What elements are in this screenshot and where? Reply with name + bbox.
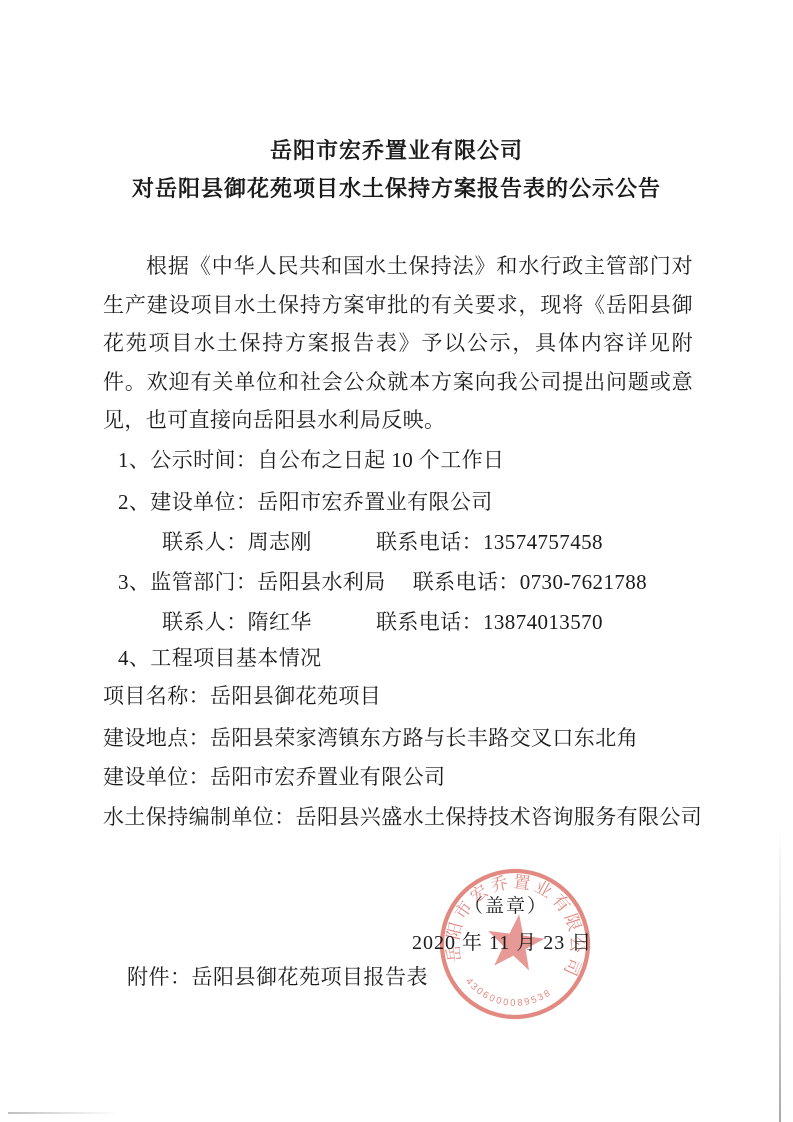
scanned-announcement-page: 岳阳市宏乔置业有限公司 对岳阳县御花苑项目水土保持方案报告表的公示公告 根据《中… <box>0 0 793 1122</box>
scan-edge-artifact-right <box>779 828 781 1122</box>
scan-edge-artifact-bottom <box>8 1112 118 1114</box>
doc-title-company: 岳阳市宏乔置业有限公司 <box>0 134 793 165</box>
line-builder-name: 建设单位：岳阳市宏乔置业有限公司 <box>103 765 445 790</box>
line-swc-compiler: 水土保持编制单位：岳阳县兴盛水土保持技术咨询服务有限公司 <box>103 805 702 830</box>
line-construction-unit: 2、建设单位：岳阳市宏乔置业有限公司 <box>118 490 493 515</box>
line-project-location: 建设地点：岳阳县荣家湾镇东方路与长丰路交叉口东北角 <box>103 726 638 751</box>
doc-title-subject: 对岳阳县御花苑项目水土保持方案报告表的公示公告 <box>0 172 793 203</box>
line-project-name: 项目名称：岳阳县御花苑项目 <box>103 684 381 709</box>
issue-date: 2020 年 11 月 23 日 <box>412 926 592 955</box>
line-supervision-dept: 3、监管部门：岳阳县水利局 联系电话：0730-7621788 <box>118 570 647 595</box>
line-contact-builder: 联系人：周志刚 联系电话：13574757458 <box>162 530 603 555</box>
line-publicity-period: 1、公示时间：自公布之日起 10 个工作日 <box>118 448 504 473</box>
attachment-note: 附件：岳阳县御花苑项目报告表 <box>127 961 428 991</box>
intro-paragraph: 根据《中华人民共和国水土保持法》和水行政主管部门对生产建设项目水土保持方案审批的… <box>103 247 693 440</box>
seal-number: 4306000089538 <box>460 975 555 1015</box>
line-project-overview: 4、工程项目基本情况 <box>118 646 322 671</box>
line-contact-supervisor: 联系人：隋红华 联系电话：13874013570 <box>162 610 603 635</box>
stamp-note: （盖章） <box>441 891 571 918</box>
